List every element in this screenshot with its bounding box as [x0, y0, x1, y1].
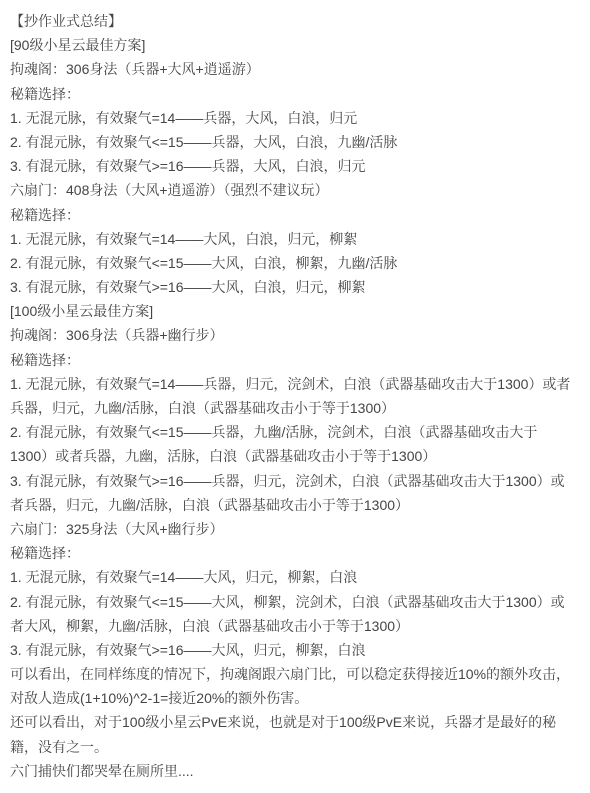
list-item-line: 2. 有混元脉，有效聚气<=15——兵器，九幽/活脉，浣剑术，白浪（武器基础攻击…: [10, 420, 580, 444]
list-item-line: 者大风，柳絮，九幽/活脉，白浪（武器基础攻击小于等于1300）: [10, 614, 580, 638]
list-item-line: 兵器，归元，九幽/活脉，白浪（武器基础攻击小于等于1300）: [10, 396, 580, 420]
list-item-line: 2. 有混元脉，有效聚气<=15——大风，柳絮，浣剑术，白浪（武器基础攻击大于1…: [10, 590, 580, 614]
list-item-line: 1. 无混元脉，有效聚气=14——大风，归元，柳絮，白浪: [10, 565, 580, 589]
text-line: 秘籍选择：: [10, 541, 580, 565]
text-line: 拘魂阁：306身法（兵器+幽行步）: [10, 323, 580, 347]
text-line: 秘籍选择：: [10, 348, 580, 372]
text-line: 秘籍选择：: [10, 203, 580, 227]
list-item-line: 3. 有混元脉，有效聚气>=16——大风，白浪，归元，柳絮: [10, 275, 580, 299]
text-line: 六扇门：408身法（大风+逍遥游）（强烈不建议玩）: [10, 178, 580, 202]
list-item-line: 3. 有混元脉，有效聚气>=16——兵器，大风，白浪，归元: [10, 154, 580, 178]
text-line: 拘魂阁：306身法（兵器+大风+逍遥游）: [10, 57, 580, 81]
list-item-line: 2. 有混元脉，有效聚气<=15——大风，白浪，柳絮，九幽/活脉: [10, 251, 580, 275]
list-item-line: 3. 有混元脉，有效聚气>=16——大风，归元，柳絮，白浪: [10, 638, 580, 662]
text-line: 籍，没有之一。: [10, 735, 580, 759]
text-line: 秘籍选择：: [10, 82, 580, 106]
document-page: 【抄作业式总结】 [90级小星云最佳方案] 拘魂阁：306身法（兵器+大风+逍遥…: [0, 0, 590, 793]
list-item-line: 1300）或者兵器，九幽，活脉，白浪（武器基础攻击小于等于1300）: [10, 444, 580, 468]
section-header-line: [90级小星云最佳方案]: [10, 33, 580, 57]
section-header-line: [100级小星云最佳方案]: [10, 299, 580, 323]
list-item-line: 1. 无混元脉，有效聚气=14——兵器，归元，浣剑术，白浪（武器基础攻击大于13…: [10, 372, 580, 396]
text-line: 六门捕快们都哭晕在厕所里....: [10, 759, 580, 783]
list-item-line: 3. 有混元脉，有效聚气>=16——兵器，归元，浣剑术，白浪（武器基础攻击大于1…: [10, 469, 580, 493]
list-item-line: 者兵器，归元，九幽/活脉，白浪（武器基础攻击小于等于1300）: [10, 493, 580, 517]
text-line: 六扇门：325身法（大风+幽行步）: [10, 517, 580, 541]
doc-title-line: 【抄作业式总结】: [10, 9, 580, 33]
list-item-line: 2. 有混元脉，有效聚气<=15——兵器，大风，白浪，九幽/活脉: [10, 130, 580, 154]
text-line: 对敌人造成(1+10%)^2-1=接近20%的额外伤害。: [10, 686, 580, 710]
text-line: 还可以看出，对于100级小星云PvE来说，也就是对于100级PvE来说，兵器才是…: [10, 710, 580, 734]
list-item-line: 1. 无混元脉，有效聚气=14——兵器，大风，白浪，归元: [10, 106, 580, 130]
list-item-line: 1. 无混元脉，有效聚气=14——大风，白浪，归元，柳絮: [10, 227, 580, 251]
text-line: 可以看出，在同样练度的情况下，拘魂阁跟六扇门比，可以稳定获得接近10%的额外攻击…: [10, 662, 580, 686]
